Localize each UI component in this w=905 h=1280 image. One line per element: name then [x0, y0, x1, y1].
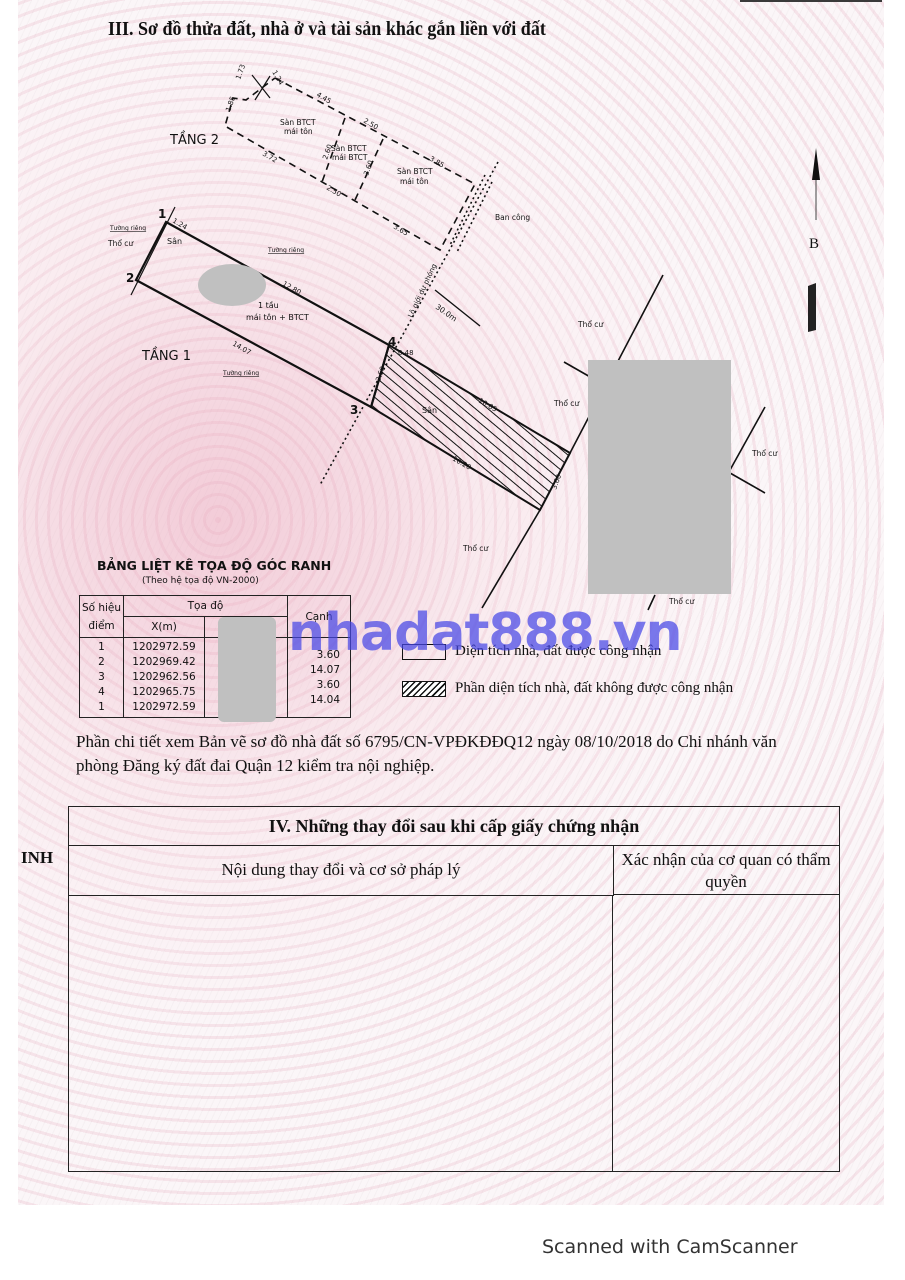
header-coord: Tọa độ	[124, 596, 288, 617]
redacted-marker-circle	[198, 264, 266, 306]
plan-label: 12.80	[281, 280, 302, 297]
plan-label: Sàn BTCT	[331, 144, 367, 153]
plan-label: mái tôn	[400, 177, 429, 186]
redacted-y-coords	[218, 617, 276, 722]
header-point: Số hiệu điểm	[80, 596, 124, 638]
plan-label: 1 tầu	[258, 300, 279, 310]
point-column: 12341	[80, 638, 124, 718]
plan-label: Ban công	[495, 213, 530, 222]
plan-label: Sân	[422, 406, 437, 415]
table-cell: 1202965.75	[124, 685, 204, 700]
plan-label: mái BTCT	[332, 153, 368, 162]
table-cell: 3.60	[288, 678, 340, 693]
coords-subtitle: (Theo hệ tọa độ VN-2000)	[142, 576, 259, 586]
plan-label: Sàn BTCT	[280, 118, 316, 127]
plan-label: 1	[158, 207, 166, 221]
plan-label: 0.48	[398, 349, 414, 357]
floor1-label: TẦNG 1	[141, 347, 191, 364]
plan-label: Thổ cư	[553, 399, 580, 408]
scanner-footer: Scanned with CamScanner	[542, 1236, 798, 1258]
plan-label: Thổ cư	[751, 449, 778, 458]
plan-label: Thổ cư	[107, 239, 134, 248]
plan-label: Lộ giới dự phóng	[407, 263, 439, 319]
coords-title: BẢNG LIỆT KÊ TỌA ĐỘ GÓC RANH	[97, 558, 331, 573]
plan-label: Sân	[167, 237, 182, 246]
plan-label: mái tôn + BTCT	[246, 312, 309, 322]
changes-divider	[612, 895, 613, 1171]
legend-hatched-box-icon	[402, 681, 446, 697]
plan-label: Thổ cư	[462, 544, 489, 553]
site-plan-diagram: TẦNG 2 TẦNG 1 Sàn BTCT mái tôn Sàn BTCT …	[0, 0, 905, 640]
non-recognized-area	[371, 345, 570, 510]
plan-label: 1.73	[234, 63, 247, 80]
floor2-label: TẦNG 2	[169, 131, 219, 148]
legend-not-recognized: Phần diện tích nhà, đất không được công …	[402, 680, 733, 697]
table-cell: 1202972.59	[124, 700, 204, 715]
plan-label: mái tôn	[284, 127, 313, 136]
plan-label: Tường riêng	[222, 370, 259, 377]
page-edge-fragment: INH	[21, 848, 53, 868]
table-cell: 14.04	[288, 693, 340, 708]
floor2-cross-icon	[252, 75, 270, 100]
plan-label: 3.72	[261, 150, 279, 165]
table-cell: 1202969.42	[124, 655, 204, 670]
table-cell: 1202972.59	[124, 640, 204, 655]
plan-label: 2	[126, 271, 134, 285]
table-cell: 1202962.56	[124, 670, 204, 685]
plan-label: 2.50	[325, 184, 343, 199]
plan-label: 1.85	[224, 95, 237, 112]
north-label: B	[809, 236, 819, 253]
plan-label: Sàn BTCT	[397, 167, 433, 176]
table-cell: 14.07	[288, 663, 340, 678]
plan-label: Tường riêng	[267, 247, 304, 254]
detail-note: Phần chi tiết xem Bản vẽ sơ đồ nhà đất s…	[76, 730, 816, 778]
x-column: 1202972.591202969.421202962.561202965.75…	[124, 638, 205, 718]
changes-col-confirm: Xác nhận của cơ quan có thẩm quyền	[613, 845, 839, 895]
redacted-block	[588, 360, 731, 594]
changes-table: IV. Những thay đổi sau khi cấp giấy chứn…	[68, 806, 840, 1172]
plan-label: 3	[350, 403, 358, 417]
plan-label: Thổ cư	[577, 320, 604, 329]
changes-col-content: Nội dung thay đổi và cơ sở pháp lý	[69, 845, 614, 896]
watermark: nhadat888.vn	[288, 603, 682, 663]
changes-title: IV. Những thay đổi sau khi cấp giấy chứn…	[69, 807, 839, 846]
plan-label: 3.65	[392, 223, 410, 238]
table-cell: 1	[80, 700, 123, 715]
plan-label: 1.24	[270, 69, 285, 87]
plan-label: 4	[388, 335, 396, 349]
table-cell: 4	[80, 685, 123, 700]
header-x: X(m)	[124, 617, 205, 638]
plan-label: Tường riêng	[109, 225, 146, 232]
table-cell: 2	[80, 655, 123, 670]
table-cell: 1	[80, 640, 123, 655]
table-cell: 3	[80, 670, 123, 685]
